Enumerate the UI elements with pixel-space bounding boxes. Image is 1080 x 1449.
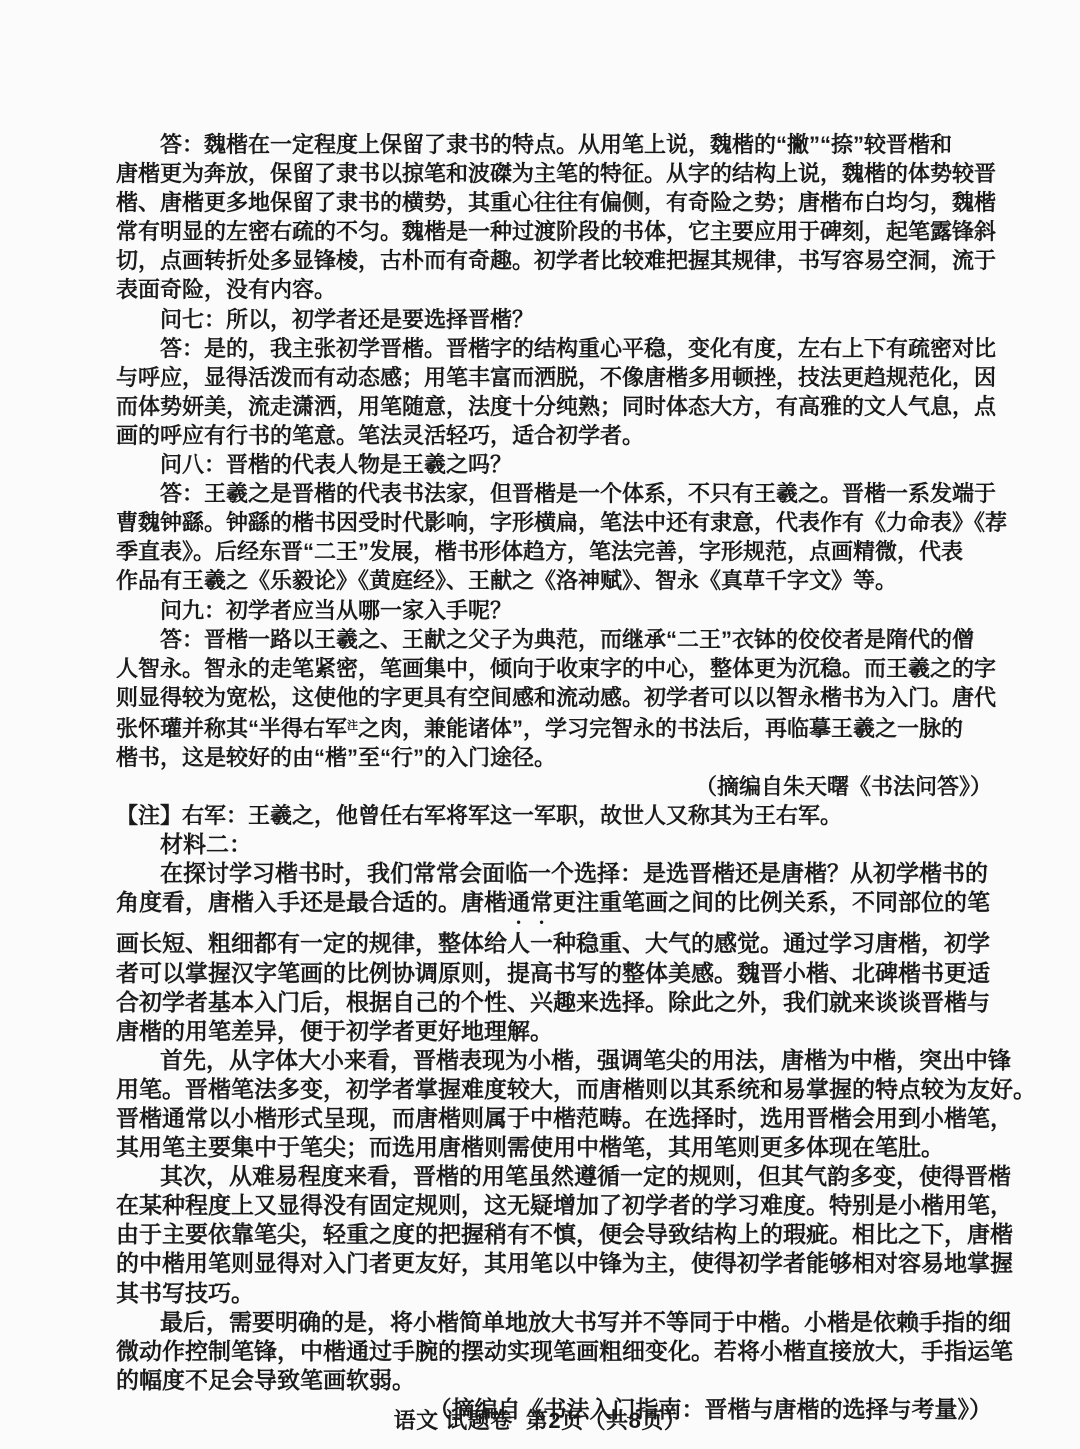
text-line: 由于主要依靠笔尖，轻重之度的把握稍有不慎，便会导致结构上的瑕疵。相比之下，唐楷 xyxy=(116,1220,992,1249)
text-line: 的幅度不足会导致笔画软弱。 xyxy=(116,1366,992,1395)
text-line: 答：晋楷一路以王羲之、王献之父子为典范，而继承“二王”衣钵的佼佼者是隋代的僧 xyxy=(116,625,992,654)
text-line: 唐楷的用笔差异，便于初学者更好地理解。 xyxy=(116,1017,992,1046)
exam-sheet: 答：魏楷在一定程度上保留了隶书的特点。从用笔上说，魏楷的“撇”“捺”较晋楷和唐楷… xyxy=(0,0,1080,1449)
text-run: 表面奇险，没有内容。 xyxy=(116,277,336,302)
text-block: 答：魏楷在一定程度上保留了隶书的特点。从用笔上说，魏楷的“撇”“捺”较晋楷和唐楷… xyxy=(116,130,992,1424)
text-run: 作品有王羲之《乐毅论》《黄庭经》、王献之《洛神赋》、智永《真草千字文》等。 xyxy=(116,568,897,593)
text-line: 者可以掌握汉字笔画的比例协调原则，提高书写的整体美感。魏晋小楷、北碑楷书更适 xyxy=(116,959,992,988)
text-line: 季直表》。后经东晋“二王”发展，楷书形体趋方，笔法完善，字形规范，点画精微，代表 xyxy=(116,537,992,566)
text-line: 问七：所以，初学者还是要选择晋楷？ xyxy=(116,305,992,334)
attribution: （摘编自朱天曙《书法问答》） xyxy=(116,772,992,801)
text-run: 材料二： xyxy=(160,831,252,857)
text-run: 问九：初学者应当从哪一家入手呢？ xyxy=(160,598,512,623)
text-run: 常有明显的左密右疏的不匀。魏楷是一种过渡阶段的书体，它主要应用于碑刻，起笔露锋斜 xyxy=(116,219,996,244)
text-run: 者可以掌握汉字笔画的比例协调原则，提高书写的整体美感。魏晋小楷、北碑楷书更适 xyxy=(116,960,990,986)
text-line: 合初学者基本入门后，根据自己的个性、兴趣来选择。除此之外，我们就来谈谈晋楷与 xyxy=(116,988,992,1017)
text-line: 角度看，唐楷入手还是最合适的。唐楷通常更注重笔画之间的比例关系，不同部位的笔 xyxy=(116,888,992,929)
text-line: 而体势妍美，流走潇洒，用笔随意，法度十分纯熟；同时体态大方，有高雅的文人气息，点 xyxy=(116,392,992,421)
text-run: 首先，从字体大小来看，晋楷表现为小楷，强调笔尖的用法，唐楷为中楷，突出中锋 xyxy=(160,1047,1011,1073)
text-run: 在某种程度上又显得没有固定规则，这无疑增加了初学者的学习难度。特别是小楷用笔， xyxy=(116,1192,1013,1218)
text-run: （摘编自朱天曙《书法问答》） xyxy=(695,774,992,799)
text-run: 切，点画转折处多显锋棱，古朴而有奇趣。初学者比较难把握其规律，书写容易空洞，流于 xyxy=(116,248,996,273)
text-line: 表面奇险，没有内容。 xyxy=(116,275,992,304)
text-run: 用笔。晋楷笔法多变，初学者掌握难度较大，而唐楷则以其系统和易掌握的特点较为友好。 xyxy=(116,1076,1036,1102)
text-run: 由于主要依靠笔尖，轻重之度的把握稍有不慎，便会导致结构上的瑕疵。相比之下，唐楷 xyxy=(116,1221,1013,1247)
text-run: 唐楷更为奔放，保留了隶书以掠笔和波磔为主笔的特征。从字的结构上说，魏楷的体势较晋 xyxy=(116,161,996,186)
text-run: 最后，需要明确的是，将小楷简单地放大书写并不等同于中楷。小楷是依赖手指的细 xyxy=(160,1309,1011,1335)
text-line: 楷、唐楷更多地保留了隶书的横势，其重心往往有偏侧，有奇险之势；唐楷布白均匀，魏楷 xyxy=(116,188,992,217)
text-line: 答：王羲之是晋楷的代表书法家，但晋楷是一个体系，不只有王羲之。晋楷一系发端于 xyxy=(116,479,992,508)
section-heading: 材料二： xyxy=(116,830,992,859)
text-line: 作品有王羲之《乐毅论》《黄庭经》、王献之《洛神赋》、智永《真草千字文》等。 xyxy=(116,566,992,595)
text-run: 其用笔主要集中于笔尖；而选用唐楷则需使用中楷笔，其用笔则更多体现在笔肚。 xyxy=(116,1134,944,1160)
text-run: 问八：晋楷的代表人物是王羲之吗？ xyxy=(160,452,512,477)
text-run: 【注】右军：王羲之，他曾任右军将军这一军职，故世人又称其为王右军。 xyxy=(116,803,842,828)
text-run: 答：是的，我主张初学晋楷。晋楷字的结构重心平稳，变化有度，左右上下有疏密对比 xyxy=(160,336,996,361)
text-run: 答：王羲之是晋楷的代表书法家，但晋楷是一个体系，不只有王羲之。晋楷一系发端于 xyxy=(160,481,996,506)
text-line: 画长短、粗细都有一定的规律，整体给人一种稳重、大气的感觉。通过学习唐楷，初学 xyxy=(116,929,992,958)
page-footer: 语文 试题卷 第2页（共8页） xyxy=(0,1404,1080,1435)
text-line: 则显得较为宽松，这使他的字更具有空间感和流动感。初学者可以以智永楷书为入门。唐代 xyxy=(116,683,992,712)
text-run: 合初学者基本入门后，根据自己的个性、兴趣来选择。除此之外，我们就来谈谈晋楷与 xyxy=(116,989,990,1015)
text-line: 切，点画转折处多显锋棱，古朴而有奇趣。初学者比较难把握其规律，书写容易空洞，流于 xyxy=(116,246,992,275)
text-run: 唐楷的用笔差异，便于初学者更好地理解。 xyxy=(116,1018,553,1044)
text-run: 其次，从难易程度来看，晋楷的用笔虽然遵循一定的规则，但其气韵多变，使得晋楷 xyxy=(160,1163,1011,1189)
text-line: 问八：晋楷的代表人物是王羲之吗？ xyxy=(116,450,992,479)
text-line: 其用笔主要集中于笔尖；而选用唐楷则需使用中楷笔，其用笔则更多体现在笔肚。 xyxy=(116,1133,992,1162)
text-line: 唐楷更为奔放，保留了隶书以掠笔和波磔为主笔的特征。从字的结构上说，魏楷的体势较晋 xyxy=(116,159,992,188)
emphasized-text: 通常 xyxy=(507,889,553,915)
text-line: 画的呼应有行书的笔意。笔法灵活轻巧，适合初学者。 xyxy=(116,421,992,450)
text-run: 楷、唐楷更多地保留了隶书的横势，其重心往往有偏侧，有奇险之势；唐楷布白均匀，魏楷 xyxy=(116,190,996,215)
text-run: 而体势妍美，流走潇洒，用笔随意，法度十分纯熟；同时体态大方，有高雅的文人气息，点 xyxy=(116,394,996,419)
text-line: 问九：初学者应当从哪一家入手呢？ xyxy=(116,596,992,625)
text-line: 微动作控制笔锋，中楷通过手腕的摆动实现笔画粗细变化。若将小楷直接放大，手指运笔 xyxy=(116,1337,992,1366)
text-run: 人智永。智永的走笔紧密，笔画集中，倾向于收束字的中心，整体更为沉稳。而王羲之的字 xyxy=(116,656,996,681)
footnote: 【注】右军：王羲之，他曾任右军将军这一军职，故世人又称其为王右军。 xyxy=(116,801,992,830)
text-run: 楷书，这是较好的由“楷”至“行”的入门途径。 xyxy=(116,745,556,770)
text-run: 与呼应，显得活泼而有动态感；用笔丰富而洒脱，不像唐楷多用顿挫，技法更趋规范化，因 xyxy=(116,365,996,390)
text-line: 的中楷用笔则显得对入门者更友好，其用笔以中锋为主，使得初学者能够相对容易地掌握 xyxy=(116,1249,992,1278)
text-run: 的中楷用笔则显得对入门者更友好，其用笔以中锋为主，使得初学者能够相对容易地掌握 xyxy=(116,1250,1013,1276)
footnote-ref: 注 xyxy=(347,720,358,732)
text-run: 角度看，唐楷入手还是最合适的。唐楷 xyxy=(116,889,507,915)
text-line: 常有明显的左密右疏的不匀。魏楷是一种过渡阶段的书体，它主要应用于碑刻，起笔露锋斜 xyxy=(116,217,992,246)
text-line: 其次，从难易程度来看，晋楷的用笔虽然遵循一定的规则，但其气韵多变，使得晋楷 xyxy=(116,1162,992,1191)
text-line: 张怀瓘并称其“半得右军注之肉，兼能诸体”，学习完智永的书法后，再临摹王羲之一脉的 xyxy=(116,712,992,743)
text-line: 人智永。智永的走笔紧密，笔画集中，倾向于收束字的中心，整体更为沉稳。而王羲之的字 xyxy=(116,654,992,683)
text-line: 在探讨学习楷书时，我们常常会面临一个选择：是选晋楷还是唐楷？从初学楷书的 xyxy=(116,859,992,888)
text-run: 季直表》。后经东晋“二王”发展，楷书形体趋方，笔法完善，字形规范，点画精微，代表 xyxy=(116,539,963,564)
text-run: 微动作控制笔锋，中楷通过手腕的摆动实现笔画粗细变化。若将小楷直接放大，手指运笔 xyxy=(116,1338,1013,1364)
text-run: 晋楷通常以小楷形式呈现，而唐楷则属于中楷范畴。在选择时，选用晋楷会用到小楷笔， xyxy=(116,1105,1013,1131)
text-run: 则显得较为宽松，这使他的字更具有空间感和流动感。初学者可以以智永楷书为入门。唐代 xyxy=(116,685,996,710)
text-run: 张怀瓘并称其“半得右军 xyxy=(116,716,347,741)
text-run: 其书写技巧。 xyxy=(116,1280,254,1306)
text-line: 答：是的，我主张初学晋楷。晋楷字的结构重心平稳，变化有度，左右上下有疏密对比 xyxy=(116,334,992,363)
text-line: 与呼应，显得活泼而有动态感；用笔丰富而洒脱，不像唐楷多用顿挫，技法更趋规范化，因 xyxy=(116,363,992,392)
text-run: 的幅度不足会导致笔画软弱。 xyxy=(116,1367,415,1393)
text-line: 在某种程度上又显得没有固定规则，这无疑增加了初学者的学习难度。特别是小楷用笔， xyxy=(116,1191,992,1220)
text-line: 晋楷通常以小楷形式呈现，而唐楷则属于中楷范畴。在选择时，选用晋楷会用到小楷笔， xyxy=(116,1104,992,1133)
text-run: 画的呼应有行书的笔意。笔法灵活轻巧，适合初学者。 xyxy=(116,423,644,448)
text-line: 最后，需要明确的是，将小楷简单地放大书写并不等同于中楷。小楷是依赖手指的细 xyxy=(116,1308,992,1337)
text-line: 用笔。晋楷笔法多变，初学者掌握难度较大，而唐楷则以其系统和易掌握的特点较为友好。 xyxy=(116,1075,992,1104)
text-run: 曹魏钟繇。钟繇的楷书因受时代影响，字形横扁，笔法中还有隶意，代表作有《力命表》《… xyxy=(116,510,1007,535)
text-line: 答：魏楷在一定程度上保留了隶书的特点。从用笔上说，魏楷的“撇”“捺”较晋楷和 xyxy=(116,130,992,159)
text-line: 曹魏钟繇。钟繇的楷书因受时代影响，字形横扁，笔法中还有隶意，代表作有《力命表》《… xyxy=(116,508,992,537)
text-run: 答：魏楷在一定程度上保留了隶书的特点。从用笔上说，魏楷的“撇”“捺”较晋楷和 xyxy=(160,132,952,157)
text-run: 更注重笔画之间的比例关系，不同部位的笔 xyxy=(553,889,990,915)
text-run: 在探讨学习楷书时，我们常常会面临一个选择：是选晋楷还是唐楷？从初学楷书的 xyxy=(160,860,988,886)
text-line: 其书写技巧。 xyxy=(116,1279,992,1308)
text-run: 之肉，兼能诸体”，学习完智永的书法后，再临摹王羲之一脉的 xyxy=(358,716,963,741)
text-line: 首先，从字体大小来看，晋楷表现为小楷，强调笔尖的用法，唐楷为中楷，突出中锋 xyxy=(116,1046,992,1075)
text-line: 楷书，这是较好的由“楷”至“行”的入门途径。 xyxy=(116,743,992,772)
text-run: 答：晋楷一路以王羲之、王献之父子为典范，而继承“二王”衣钵的佼佼者是隋代的僧 xyxy=(160,627,974,652)
text-run: 问七：所以，初学者还是要选择晋楷？ xyxy=(160,307,534,332)
text-run: 画长短、粗细都有一定的规律，整体给人一种稳重、大气的感觉。通过学习唐楷，初学 xyxy=(116,930,990,956)
